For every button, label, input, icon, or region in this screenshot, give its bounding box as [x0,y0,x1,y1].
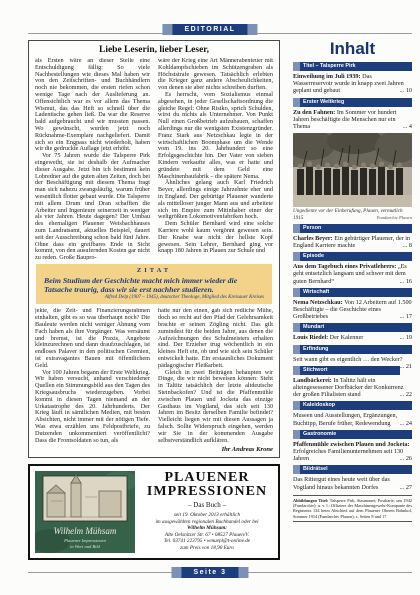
section-bar-accent [293,288,300,297]
magazine-editorial-page: EDITORIAL Liebe Leserin, lieber Leser, a… [0,0,420,595]
article-column-1-bottom: jekte, die Zeit- und Finanzierungsrahmen… [35,308,150,454]
section-bar-label: Erfindung [300,345,328,354]
section-bar-label: Mundart [300,323,324,332]
quote-text: Beim Studium der Geschichte macht mich i… [44,276,264,294]
article-paragraph: wäre der Krieg eine Art Männerabenteuer … [158,58,273,92]
section-bar: Episode [293,252,412,261]
entry-lead: Louis Riedel: [293,334,330,341]
ad-detail-line: zum Preis von 18,90 Euro [141,545,273,552]
article-column-1-top: als Ersten wäre an dieser Stelle eine En… [35,58,150,260]
article-paragraph: Vor 75 Jahren wurde die Talsperre Pirk e… [35,153,150,260]
article-column-2-top: wäre der Krieg eine Art Männerabenteuer … [158,58,273,260]
ad-detail-line: seit 19. Oktober 2013 erhältlich [141,512,273,519]
section-bar: Wirtschaft [293,288,412,297]
editor-signature: Ihr Andreas Krone [158,446,273,453]
contents-entry: Landbäckerei: In Taltitz hält ein altein… [293,377,412,399]
entry-lead: Zu den Fahnen: [293,109,337,116]
section-bar-label: Wirtschaft [300,288,329,297]
article-columns-top: als Ersten wäre an dieser Stelle eine En… [35,58,273,260]
article-column-2-bottom: hatte nur den einen, gab sich redliche M… [158,308,273,454]
section-bar-accent [293,401,300,410]
page-number-badge: Seite 3 [171,567,248,578]
section-bar-label: Erster Weltkrieg [300,98,344,107]
photo-credit: Fundarchiv Plauen [377,215,412,221]
entry-lead: Pfaffenmühle zwischen Plauen und Jocketa… [293,441,410,448]
entry-lead: Landbäckerei: [293,377,333,384]
contents-entry: Charles Beyer: Ein gebürtiger Plauener, … [293,235,412,249]
entry-page-number: ... 8 [403,242,412,249]
footnote-lead: Abbildungen Titel: [293,498,328,503]
section-bar-label: Stichwort [300,366,328,375]
editorial-article-box: Liebe Leserin, lieber Leser, als Ersten … [28,40,280,458]
article-paragraph: Vor 100 Jahren begann der Erste Weltkrie… [35,370,150,445]
article-paragraph: als Ersten wäre an dieser Stelle eine En… [35,58,150,153]
book-cover-image: Wilhelm Mühsam Plauener Impressionen in … [35,471,135,553]
article-paragraph: hatte nur den einen, gab sich redliche M… [158,308,273,369]
entry-page-number: ... 10 [400,87,412,94]
section-bar-accent [293,323,300,332]
entry-page-number: ... 21 [400,363,412,370]
entry-page-number: ... 4 [403,123,412,130]
contents-entry: Pfaffenmühle zwischen Plauen und Jocketa… [293,441,412,463]
section-bar-accent [293,252,300,261]
article-heading: Liebe Leserin, lieber Leser, [35,45,273,55]
section-bar: Titel – Talsperre Pirk [293,62,412,71]
entry-page-number: ... 22 [400,391,412,398]
ad-detail-line: im ausgewählten regionalen Buchhandel od… [141,519,273,526]
entry-lead: Einweihung im Juli 1939: [293,73,362,80]
contents-entry: Seit wann gibt es eigentlich … den Wecke… [293,356,412,363]
contents-entry: Das Rittergut eines heute weit über das … [293,476,412,490]
contents-sections-bottom: PersonCharles Beyer: Ein gebürtiger Plau… [293,224,412,491]
section-bar-accent [293,98,300,107]
entry-page-number: ... 19 [400,334,412,341]
contents-entry: Einweihung im Juli 1939: Das Wasserreser… [293,73,412,95]
section-bar-label: Titel – Talsperre Pirk [300,62,356,71]
entry-page-number: ... 17 [400,313,412,320]
page-number-label: Seite 3 [181,567,238,578]
section-bar-label: Episode [300,252,324,261]
cover-images-footnote: Abbildungen Titel: Talsperre Pirk, Staum… [293,495,412,522]
section-bar-accent [293,62,300,71]
ad-detail-lines: seit 19. Oktober 2013 erhältlichim ausge… [141,512,273,552]
article-paragraph: Ähnliches gelang auch Karl Friedrich Bey… [158,180,273,221]
sidebar-photo [293,133,412,207]
article-paragraph: jekte, die Zeit- und Finanzierungsrahmen… [35,308,150,369]
editorial-badge: EDITORIAL [162,24,257,35]
ad-image-caption-line1: Plauener Impressionen [63,538,106,543]
entry-lead: Charles Beyer: [293,235,334,242]
section-bar: Erfindung [293,345,412,354]
article-paragraph: Es herrscht, vom Sozialismus einmal abge… [158,92,273,180]
section-bar-accent [293,366,300,375]
section-bar: Bildrätsel [293,465,412,474]
section-bar-accent [293,345,300,354]
contents-entry: Zu den Fahnen: Im Sommer vor hundert Jah… [293,109,412,131]
section-bar: Gastronomie [293,430,412,439]
section-bar-accent [293,465,300,474]
entry-page-number: ... 27 [400,484,412,491]
ad-detail-line: Tel. 03741 223795 • wmuepl@t-online.de [141,538,273,545]
section-bar-label: Kaleidoskop [300,401,335,410]
entry-lead: Nema Netzschkau: [293,299,344,306]
book-advertisement: Wilhelm Mühsam Plauener Impressionen in … [28,464,280,560]
ad-title-line2: IMPRESSIONEN [141,485,273,499]
section-bar: Person [293,224,412,233]
entry-page-number: ... 26 [400,455,412,462]
section-bar: Erster Weltkrieg [293,98,412,107]
section-bar-label: Person [300,224,321,233]
ad-detail-line: Wilhelm Mühsam: [141,525,273,532]
section-bar: Mundart [293,323,412,332]
photo-caption: Ungediente vor der Einberufung, Plauen, … [293,208,412,221]
entry-page-number: ... 16 [400,278,412,285]
editorial-label: EDITORIAL [172,24,247,35]
soldiers-photo-image [293,133,412,207]
article-columns-bottom: jekte, die Zeit- und Finanzierungsrahmen… [35,308,273,454]
contents-entry: Nema Netzschkau: Von 12 Arbeitern auf 1.… [293,299,412,321]
section-bar: Stichwort [293,366,400,375]
contents-entry: Aus dem Tagebuch eines Privatlehrers: „E… [293,263,412,285]
article-paragraph: Gleich in zwei Beiträgen behaupten wir D… [158,370,273,445]
ad-image-signature: Wilhelm Mühsam [54,526,117,536]
entry-page-number: ... 24 [400,420,412,427]
ad-title-line1: PLAUENER [141,471,273,485]
ad-subtitle: – Das Buch – [141,501,273,509]
entry-lead: Aus dem Tagebuch eines Privatlehrers: [293,263,398,270]
contents-sections-top: Titel – Talsperre PirkEinweihung im Juli… [293,62,412,130]
article-paragraph: Dem Schüler Bernhard wird eine solche Ka… [158,221,273,255]
ad-text-block: PLAUENER IMPRESSIONEN – Das Buch – seit … [141,471,273,553]
quote-label: ZITAT [44,267,264,274]
quote-attribution: Alfred Delp (1907 – 1945), deutscher The… [44,295,264,300]
section-bar-accent [293,430,300,439]
contents-sidebar: Inhalt Titel – Talsperre PirkEinweihung … [293,40,412,522]
section-bar: Kaleidoskop [293,401,412,410]
contents-entry: Museen und Ausstellungen, Ergänzungen, B… [293,412,412,426]
contents-entry: Louis Riedel: Der Kalenner ... 19 [293,334,412,341]
quote-box: ZITAT Beim Studium der Geschichte macht … [36,264,272,304]
section-bar-label: Bildrätsel [300,465,328,474]
section-bar-label: Gastronomie [300,430,336,439]
section-bar-accent [293,224,300,233]
ad-image-caption-line2: in Wort und Bild [70,544,100,549]
contents-title: Inhalt [293,40,412,58]
